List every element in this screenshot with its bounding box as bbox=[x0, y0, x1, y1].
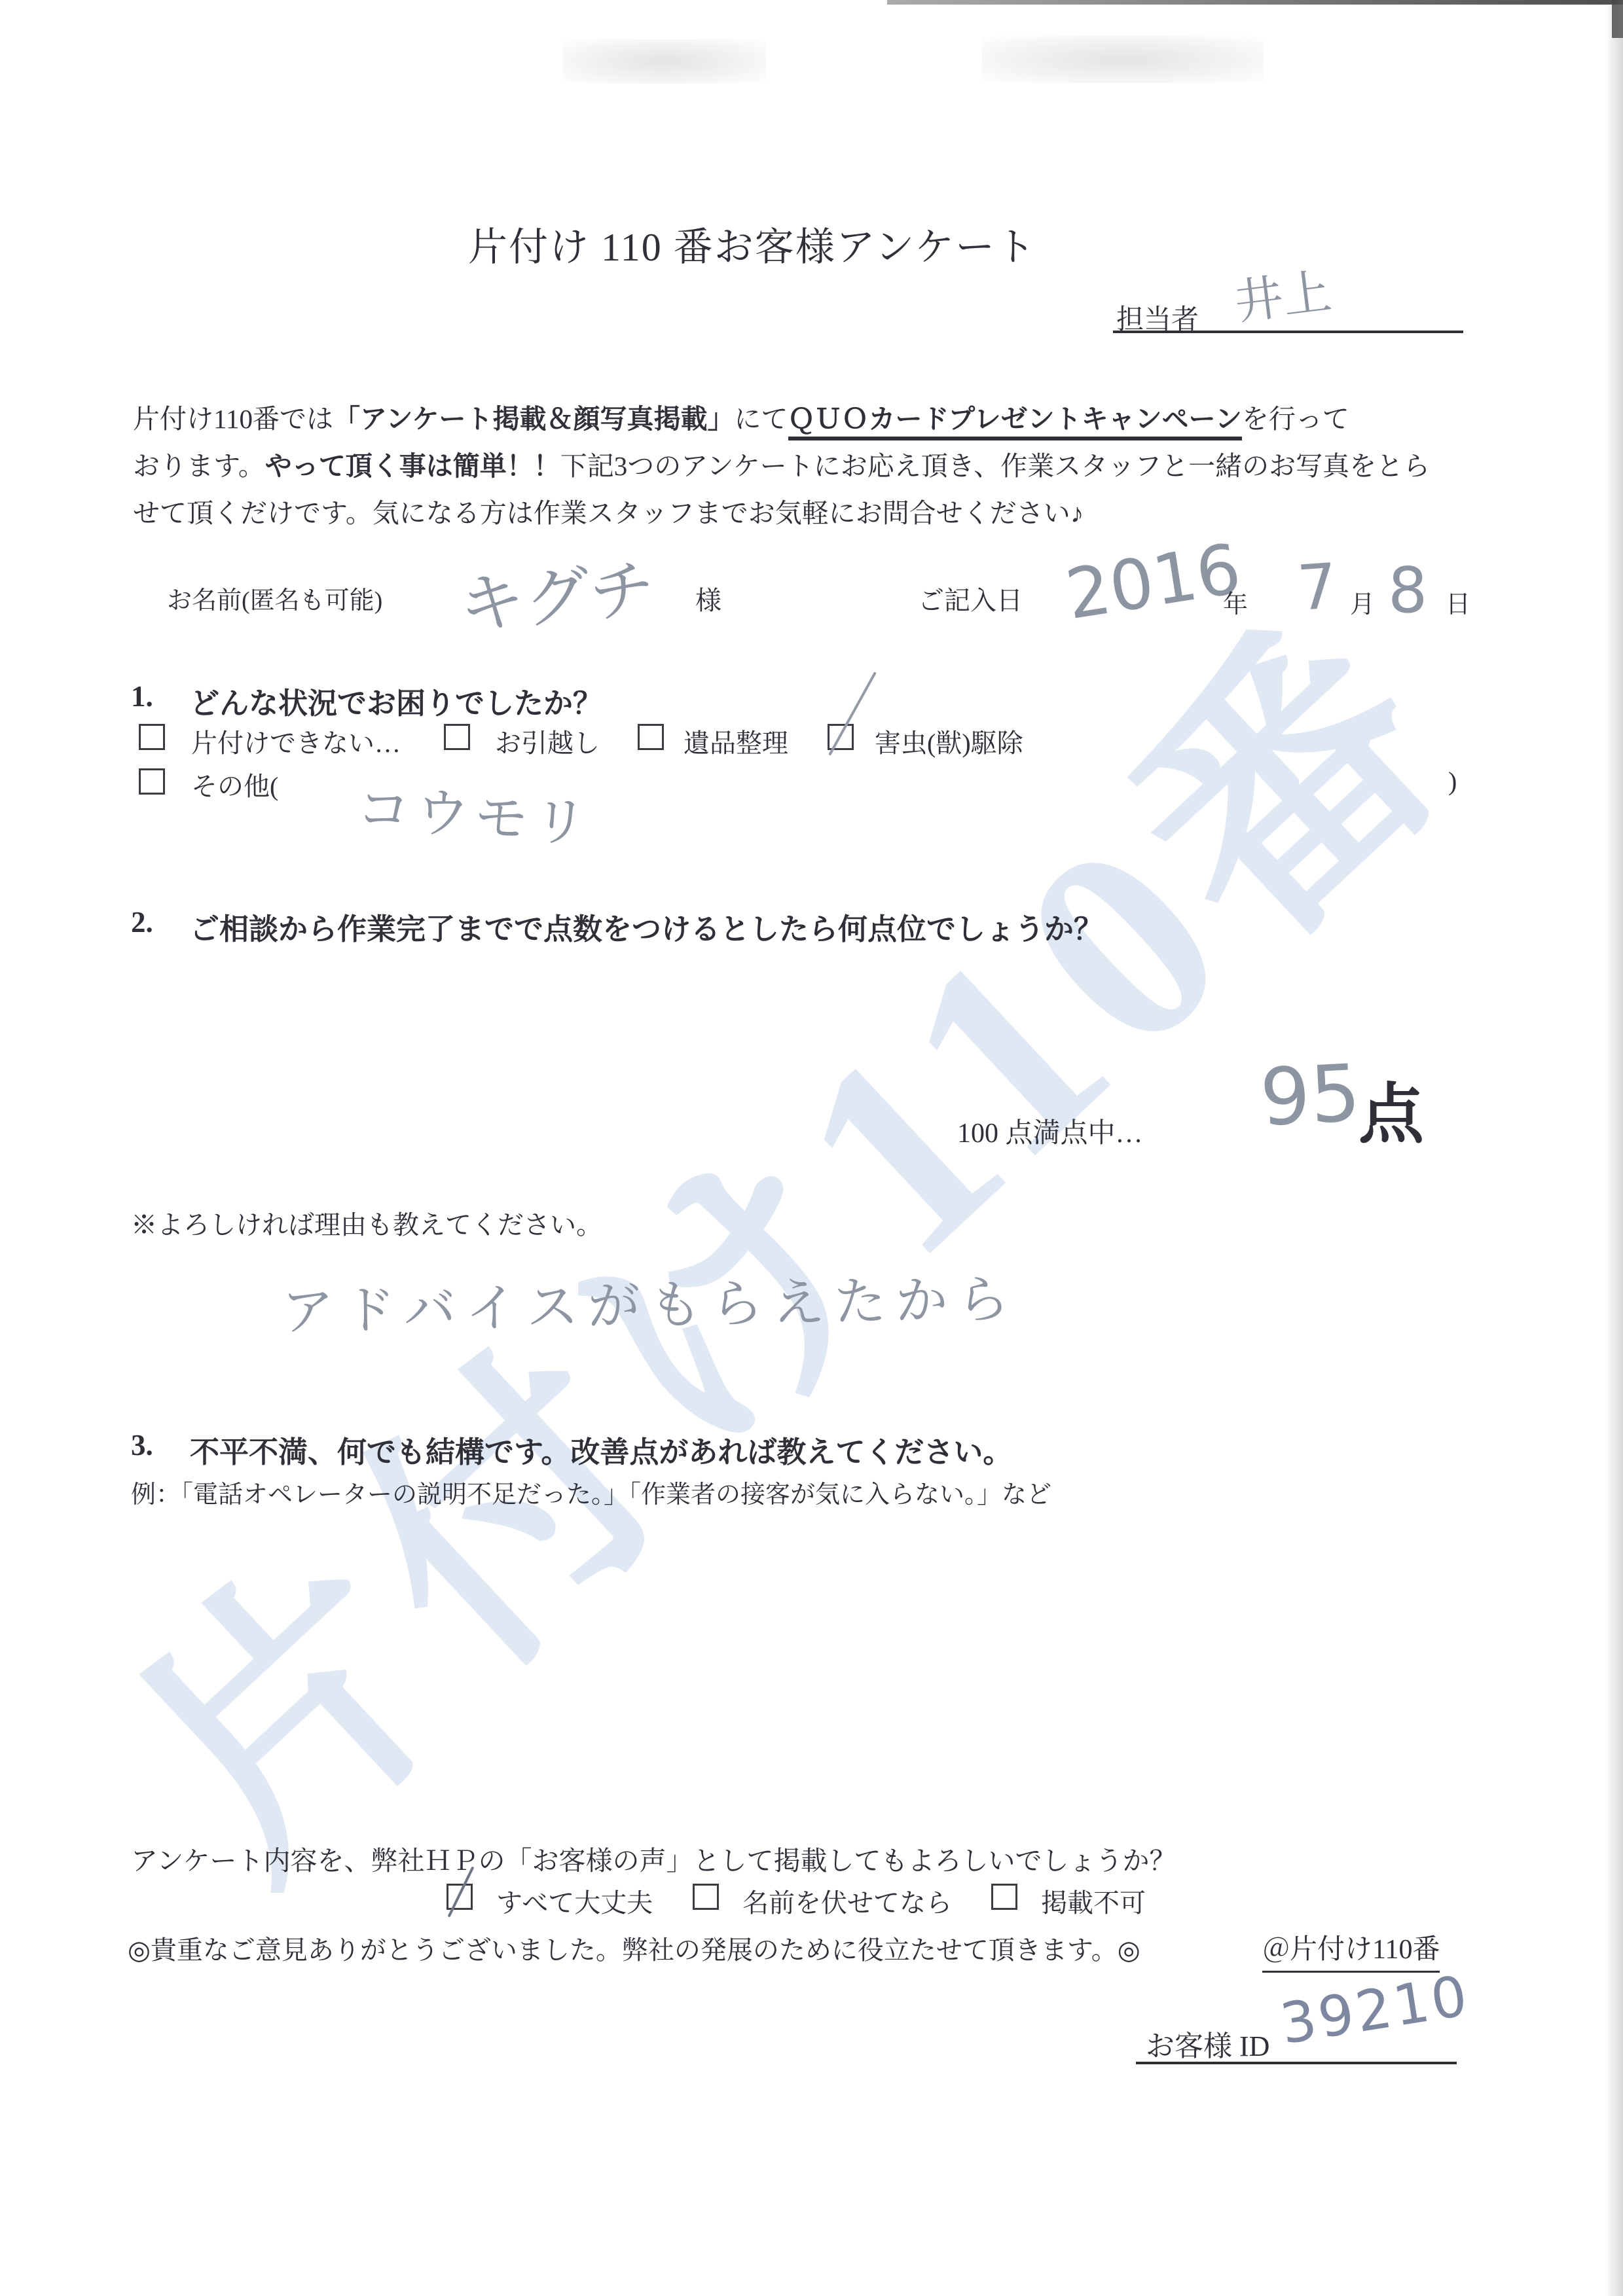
date-label: ご記入日 bbox=[918, 580, 1023, 617]
intro-campaign-underlined: ＱＵＯカードプレゼントキャンペーン bbox=[788, 404, 1242, 440]
q1-checkbox-ihin[interactable] bbox=[638, 724, 664, 750]
date-month-unit: 月 bbox=[1350, 584, 1375, 620]
publish-option-all-ok: すべて大丈夫 bbox=[496, 1882, 653, 1920]
staff-signature-handwriting: 井上 bbox=[1230, 253, 1335, 333]
publish-option-hide-name: 名前を伏せてなら bbox=[742, 1882, 952, 1920]
q2-reason-label: ※よろしければ理由も教えてください。 bbox=[131, 1204, 602, 1242]
intro-line-3: せて頂くだけです。気になる方は作業スタッフまでお気軽にお問合せください♪ bbox=[133, 492, 1084, 530]
name-honorific: 様 bbox=[695, 580, 721, 617]
q1-option-ihin: 遺品整理 bbox=[684, 723, 788, 760]
q2-reason-handwriting: アドバイスがもらえたから bbox=[281, 1257, 1019, 1345]
q1-option-katazuke: 片付けできない… bbox=[191, 723, 401, 760]
scan-edge-right-shadow bbox=[1605, 0, 1623, 2296]
q2-scale-label: 100 点満点中… bbox=[957, 1111, 1143, 1151]
intro-l1-emphasis: 「アンケート掲載＆顔写真掲載」 bbox=[333, 404, 735, 434]
q3-text: 不平不満、何でも結構です。改善点があれば教えてください。 bbox=[190, 1428, 1012, 1471]
name-label: お名前(匿名も可能) bbox=[167, 580, 382, 616]
q1-option-gaichu: 害虫(獣)駆除 bbox=[875, 723, 1023, 760]
q1-checkbox-hikkoshi[interactable] bbox=[444, 724, 470, 750]
customer-id-field[interactable] bbox=[1136, 2062, 1457, 2064]
form-content: 片付け 110 番お客様アンケート 担当者 井上 片付け110番では「アンケート… bbox=[0, 0, 1623, 2296]
q3-number: 3. bbox=[131, 1428, 153, 1462]
staff-signature-field[interactable] bbox=[1113, 331, 1463, 333]
scan-edge-top-line bbox=[887, 0, 1623, 5]
q1-option-hikkoshi: お引越し bbox=[495, 723, 600, 760]
name-handwriting: キグチ bbox=[454, 536, 658, 647]
q1-other-handwriting: コウモリ bbox=[354, 766, 594, 859]
intro-line-1: 片付け110番では「アンケート掲載＆顔写真掲載」にてＱＵＯカードプレゼントキャン… bbox=[133, 397, 1349, 436]
q1-other-close-paren: ) bbox=[1448, 766, 1457, 797]
q1-checkbox-katazuke[interactable] bbox=[139, 724, 165, 750]
intro-line-2: おります。やって頂く事は簡単！！下記3つのアンケートにお応え頂き、作業スタッフと… bbox=[133, 444, 1430, 483]
intro-l1-post: を行って bbox=[1242, 404, 1349, 434]
q3-example: 例：「電話オペレーターの説明不足だった。」「作業者の接客が気に入らない。」など bbox=[131, 1474, 1051, 1510]
survey-scan-page: 片付け110番 片付け 110 番お客様アンケート 担当者 井上 片付け110番… bbox=[0, 0, 1623, 2296]
date-month-handwriting: 7 bbox=[1295, 550, 1340, 625]
q1-checkbox-other[interactable] bbox=[139, 768, 165, 795]
intro-l1-mid: にて bbox=[735, 404, 788, 434]
customer-id-label: お客様 ID bbox=[1146, 2022, 1269, 2064]
q2-score-unit: 点 bbox=[1359, 1062, 1424, 1156]
date-day-unit: 日 bbox=[1446, 584, 1470, 620]
customer-id-handwriting: 39210 bbox=[1276, 1964, 1474, 2057]
publish-checkbox-no-publish[interactable] bbox=[991, 1884, 1017, 1910]
brand-handle: ＠片付け110番 bbox=[1262, 1928, 1440, 1973]
q1-text: どんな状況でお困りでしたか？ bbox=[190, 679, 602, 722]
intro-l2-emphasis: やって頂く事は簡単！！ bbox=[265, 451, 560, 481]
q2-text: ご相談から作業完了までで点数をつけるとしたら何点位でしょうか？ bbox=[190, 905, 1103, 948]
q2-score-handwriting: 95 bbox=[1258, 1048, 1362, 1144]
publish-checkbox-hide-name[interactable] bbox=[693, 1884, 719, 1910]
form-title: 片付け 110 番お客様アンケート bbox=[468, 216, 1036, 272]
q1-other-label: その他( bbox=[191, 766, 278, 803]
date-year-unit: 年 bbox=[1223, 584, 1248, 620]
publish-option-no-publish: 掲載不可 bbox=[1041, 1882, 1146, 1920]
publish-question: アンケート内容を、弊社ＨＰの「お客様の声」として掲載してもよろしいでしょうか？ bbox=[131, 1839, 1176, 1878]
date-year-handwriting: 2016 bbox=[1061, 529, 1246, 635]
q2-number: 2. bbox=[131, 905, 153, 939]
thanks-note: ◎貴重なご意見ありがとうございました。弊社の発展のために役立たせて頂きます。◎ bbox=[128, 1929, 1140, 1967]
date-day-handwriting: 8 bbox=[1388, 555, 1427, 627]
q1-number: 1. bbox=[131, 679, 153, 713]
intro-l2-post: 下記3つのアンケートにお応え頂き、作業スタッフと一緒のお写真をとら bbox=[560, 451, 1430, 481]
intro-l2-pre: おります。 bbox=[133, 451, 265, 481]
intro-l1-pre: 片付け110番では bbox=[133, 404, 333, 434]
